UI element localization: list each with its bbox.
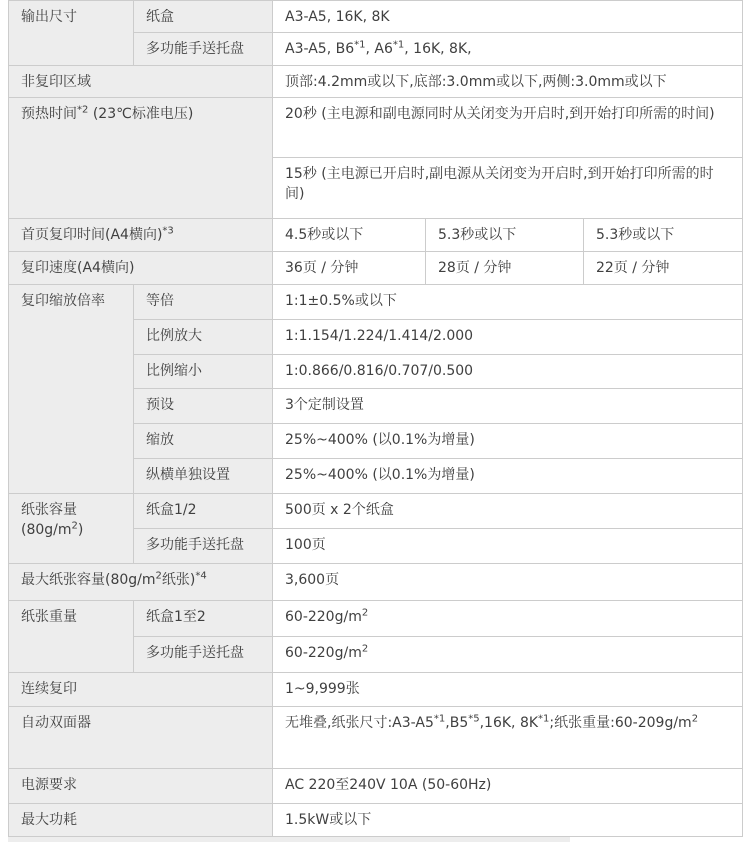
spec-label-first-copy-time: 首页复印时间(A4横向)*3 [9, 219, 273, 252]
spec-label-auto-duplex: 自动双面器 [9, 707, 273, 769]
spec-value-zoom: 25%~400% (以0.1%为增量) [273, 424, 743, 459]
spec-sublabel-bypass-tray: 多功能手送托盘 [134, 33, 273, 66]
spec-value-equal-size: 1:1±0.5%或以下 [273, 285, 743, 320]
table-row: 非复印区域 顶部:4.2mm或以下,底部:3.0mm或以下,两侧:3.0mm或以… [9, 66, 743, 98]
spec-sublabel-preset: 预设 [134, 389, 273, 424]
table-row: 最大纸张容量(80g/m2纸张)*4 3,600页 [9, 564, 743, 601]
spec-label-copy-speed: 复印速度(A4横向) [9, 252, 273, 285]
table-row: 连续复印 1~9,999张 [9, 673, 743, 707]
table-row: 预热时间*2 (23℃标准电压) 20秒 (主电源和副电源同时从关闭变为开启时,… [9, 98, 743, 158]
spec-value-bypass-weight: 60-220g/m2 [273, 637, 743, 673]
spec-sublabel-bypass-capacity: 多功能手送托盘 [134, 529, 273, 564]
spec-value-warmup-time-sub: 15秒 (主电源已开启时,副电源从关闭变为开启时,到开始打印所需的时间) [273, 158, 743, 219]
spec-sublabel-xy-independent: 纵横单独设置 [134, 459, 273, 494]
spec-label-warmup-time: 预热时间*2 (23℃标准电压) [9, 98, 273, 219]
table-row: 首页复印时间(A4横向)*3 4.5秒或以下 5.3秒或以下 5.3秒或以下 [9, 219, 743, 252]
spec-value-first-copy-3: 5.3秒或以下 [584, 219, 743, 252]
spec-value-output-size-bypass: A3-A5, B6*1, A6*1, 16K, 8K, [273, 33, 743, 66]
printer-spec-table: 输出尺寸 纸盒 A3-A5, 16K, 8K 多功能手送托盘 A3-A5, B6… [8, 0, 743, 837]
spec-value-output-size-cassette: A3-A5, 16K, 8K [273, 1, 743, 33]
table-row: 自动双面器 无堆叠,纸张尺寸:A3-A5*1,B5*5,16K, 8K*1;纸张… [9, 707, 743, 769]
spec-sublabel-cassette-1-to-2: 纸盒1至2 [134, 601, 273, 637]
spec-value-copy-speed-1: 36页 / 分钟 [273, 252, 426, 285]
spec-value-first-copy-1: 4.5秒或以下 [273, 219, 426, 252]
spec-sublabel-zoom: 缩放 [134, 424, 273, 459]
spec-label-output-size: 输出尺寸 [9, 1, 134, 66]
cutoff-next-row-header [8, 837, 570, 842]
spec-sublabel-cassette-1-2: 纸盒1/2 [134, 494, 273, 529]
spec-value-enlarge: 1:1.154/1.224/1.414/2.000 [273, 320, 743, 355]
spec-value-auto-duplex: 无堆叠,纸张尺寸:A3-A5*1,B5*5,16K, 8K*1;纸张重量:60-… [273, 707, 743, 769]
spec-label-paper-capacity: 纸张容量 (80g/m2) [9, 494, 134, 564]
spec-sublabel-enlarge: 比例放大 [134, 320, 273, 355]
table-row: 电源要求 AC 220至240V 10A (50-60Hz) [9, 769, 743, 804]
spec-value-cassette-capacity: 500页 x 2个纸盒 [273, 494, 743, 529]
table-row: 输出尺寸 纸盒 A3-A5, 16K, 8K [9, 1, 743, 33]
table-row: 复印速度(A4横向) 36页 / 分钟 28页 / 分钟 22页 / 分钟 [9, 252, 743, 285]
table-row: 纸张重量 纸盒1至2 60-220g/m2 [9, 601, 743, 637]
spec-value-first-copy-2: 5.3秒或以下 [426, 219, 584, 252]
spec-value-preset: 3个定制设置 [273, 389, 743, 424]
spec-label-power-requirements: 电源要求 [9, 769, 273, 804]
spec-value-copy-speed-3: 22页 / 分钟 [584, 252, 743, 285]
spec-value-continuous-copy: 1~9,999张 [273, 673, 743, 707]
spec-value-xy-independent: 25%~400% (以0.1%为增量) [273, 459, 743, 494]
spec-label-zoom-ratio: 复印缩放倍率 [9, 285, 134, 494]
spec-label-paper-weight: 纸张重量 [9, 601, 134, 673]
spec-label-max-power-consumption: 最大功耗 [9, 804, 273, 837]
spec-sheet-page: 输出尺寸 纸盒 A3-A5, 16K, 8K 多功能手送托盘 A3-A5, B6… [0, 0, 750, 842]
table-row: 复印缩放倍率 等倍 1:1±0.5%或以下 [9, 285, 743, 320]
spec-value-warmup-time-cold: 20秒 (主电源和副电源同时从关闭变为开启时,到开始打印所需的时间) [273, 98, 743, 158]
spec-value-copy-speed-2: 28页 / 分钟 [426, 252, 584, 285]
spec-sublabel-cassette: 纸盒 [134, 1, 273, 33]
spec-value-power-requirements: AC 220至240V 10A (50-60Hz) [273, 769, 743, 804]
spec-label-continuous-copy: 连续复印 [9, 673, 273, 707]
table-row: 最大功耗 1.5kW或以下 [9, 804, 743, 837]
spec-label-max-paper-capacity: 最大纸张容量(80g/m2纸张)*4 [9, 564, 273, 601]
spec-value-reduce: 1:0.866/0.816/0.707/0.500 [273, 355, 743, 389]
spec-sublabel-equal-size: 等倍 [134, 285, 273, 320]
spec-label-non-copy-area: 非复印区域 [9, 66, 273, 98]
spec-value-max-power-consumption: 1.5kW或以下 [273, 804, 743, 837]
spec-sublabel-bypass-weight: 多功能手送托盘 [134, 637, 273, 673]
spec-value-non-copy-area: 顶部:4.2mm或以下,底部:3.0mm或以下,两侧:3.0mm或以下 [273, 66, 743, 98]
spec-sublabel-reduce: 比例缩小 [134, 355, 273, 389]
spec-value-bypass-capacity: 100页 [273, 529, 743, 564]
spec-value-cassette-weight: 60-220g/m2 [273, 601, 743, 637]
table-row: 纸张容量 (80g/m2) 纸盒1/2 500页 x 2个纸盒 [9, 494, 743, 529]
spec-value-max-paper-capacity: 3,600页 [273, 564, 743, 601]
